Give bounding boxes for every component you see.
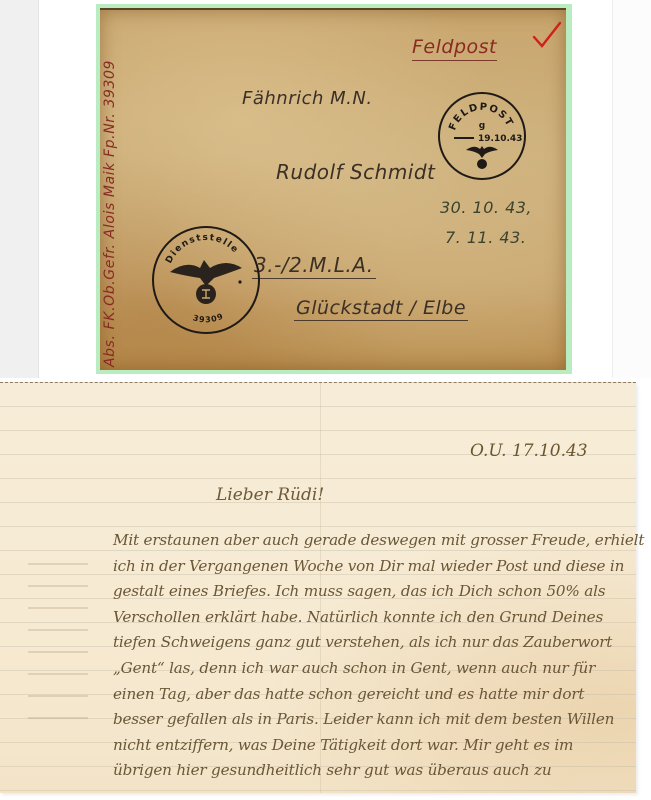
recipient-name: Rudolf Schmidt bbox=[276, 160, 435, 184]
recipient-unit: 3.-/2.M.L.A. bbox=[252, 253, 376, 279]
letter-line: übrigen hier gesundheitlich sehr gut was… bbox=[113, 761, 644, 787]
letter-line: Verschollen erklärt habe. Natürlich konn… bbox=[113, 608, 644, 634]
sender-address: Abs. FK.Ob.Gefr. Alois Maik Fp.Nr. 39309 bbox=[102, 60, 118, 367]
recipient-rank: Fähnrich M.N. bbox=[242, 88, 373, 109]
scan-background-left bbox=[0, 0, 39, 378]
handwritten-date: 7. 11. 43. bbox=[445, 228, 526, 247]
svg-text:Dienststelle: Dienststelle bbox=[164, 233, 240, 265]
svg-text:39309: 39309 bbox=[192, 311, 225, 324]
scanned-document: Feldpost Abs. FK.Ob.Gefr. Alois Maik Fp.… bbox=[0, 0, 651, 800]
letter-line: besser gefallen als in Paris. Leider kan… bbox=[113, 710, 644, 736]
bleed-through-text bbox=[28, 543, 88, 723]
letter-date: O.U. 17.10.43 bbox=[470, 441, 588, 461]
scan-background-right bbox=[612, 0, 651, 378]
feldpost-postmark: FELDPOST g 19.10.43 bbox=[438, 92, 526, 180]
letter-line: tiefen Schweigens ganz gut verstehen, al… bbox=[113, 633, 644, 659]
letter-page: O.U. 17.10.43 Lieber Rüdi! Mit erstaunen… bbox=[0, 382, 636, 793]
salutation: Lieber Rüdi! bbox=[216, 485, 324, 505]
letter-line: nicht entziffern, was Deine Tätigkeit do… bbox=[113, 736, 644, 762]
check-mark-icon bbox=[532, 20, 562, 50]
recipient-city: Glückstadt / Elbe bbox=[294, 297, 468, 321]
letter-line: gestalt eines Briefes. Ich muss sagen, d… bbox=[113, 582, 644, 608]
eagle-emblem-icon: Dienststelle 39309 bbox=[154, 228, 258, 332]
letter-line: „Gent“ las, denn ich war auch schon in G… bbox=[113, 659, 644, 685]
letter-line: einen Tag, aber das hatte schon gereicht… bbox=[113, 685, 644, 711]
handwritten-date: 30. 10. 43, bbox=[440, 198, 532, 217]
svg-text:g: g bbox=[479, 121, 485, 131]
service-stamp: Dienststelle 39309 bbox=[152, 226, 260, 334]
letter-line: Mit erstaunen aber auch gerade deswegen … bbox=[113, 531, 644, 557]
svg-text:19.10.43: 19.10.43 bbox=[478, 134, 522, 144]
letter-line: ich in der Vergangenen Woche von Dir mal… bbox=[113, 557, 644, 583]
eagle-emblem-icon: FELDPOST g 19.10.43 bbox=[440, 94, 524, 178]
feldpost-label: Feldpost bbox=[412, 36, 497, 61]
envelope: Feldpost Abs. FK.Ob.Gefr. Alois Maik Fp.… bbox=[100, 8, 566, 370]
letter-body: Mit erstaunen aber auch gerade deswegen … bbox=[113, 531, 644, 787]
